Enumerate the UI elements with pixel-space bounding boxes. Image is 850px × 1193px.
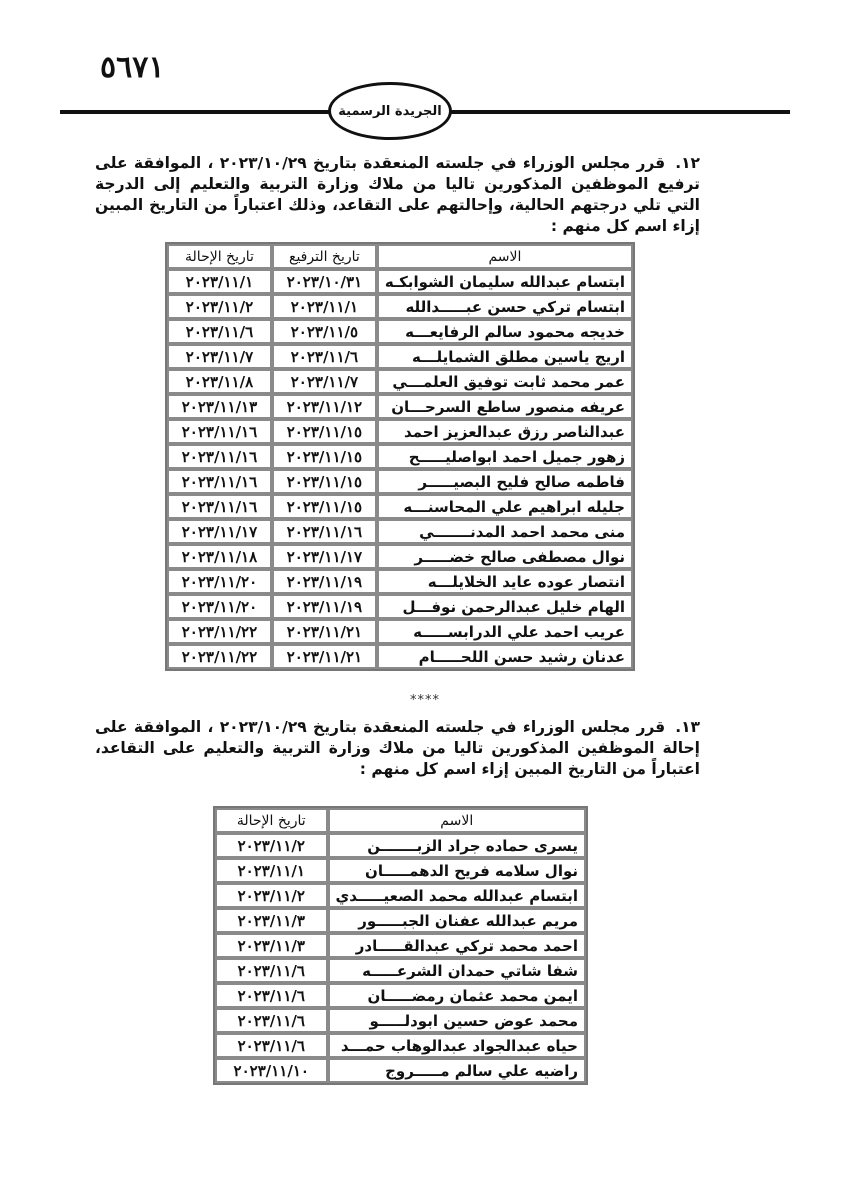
cell-retirement-date: ٢٠٢٣/١١/٦	[215, 983, 328, 1008]
cell-retirement-date: ٢٠٢٣/١١/٢٠	[167, 594, 272, 619]
cell-retirement-date: ٢٠٢٣/١١/٢٠	[167, 569, 272, 594]
cell-retirement-date: ٢٠٢٣/١١/٦	[215, 958, 328, 983]
cell-name: نوال سلامه فريح الدهمـــــان	[328, 858, 587, 883]
cell-retirement-date: ٢٠٢٣/١١/١	[215, 858, 328, 883]
table-row: شفا شاتي حمدان الشرعـــــه٢٠٢٣/١١/٦	[215, 958, 586, 983]
table-row: عدنان رشيد حسن اللحـــــام٢٠٢٣/١١/٢١٢٠٢٣…	[167, 644, 633, 669]
page-number: ٥٦٧١	[100, 50, 164, 85]
cell-name: منى محمد احمد المدنـــــــي	[377, 519, 633, 544]
table-row: خديجه محمود سالم الرفايعـــه٢٠٢٣/١١/٥٢٠٢…	[167, 319, 633, 344]
table-row: زهور جميل احمد ابواصليـــــح٢٠٢٣/١١/١٥٢٠…	[167, 444, 633, 469]
decision-12-number: ١٢.	[675, 154, 700, 172]
cell-name: ابتسام تركي حسن عبـــــدالله	[377, 294, 633, 319]
cell-retirement-date: ٢٠٢٣/١١/٧	[167, 344, 272, 369]
table-row: الهام خليل عبدالرحمن نوفـــل٢٠٢٣/١١/١٩٢٠…	[167, 594, 633, 619]
cell-retirement-date: ٢٠٢٣/١١/١٦	[167, 419, 272, 444]
cell-promotion-date: ٢٠٢٣/١١/٢١	[272, 619, 377, 644]
cell-name: محمد عوض حسين ابودلـــــو	[328, 1008, 587, 1033]
decision-12-table: الاسم تاريخ الترفيع تاريخ الإحالة ابتسام…	[165, 242, 635, 671]
column-header-retirement-date: تاريخ الإحالة	[167, 244, 272, 269]
cell-promotion-date: ٢٠٢٣/١١/١٩	[272, 594, 377, 619]
cell-retirement-date: ٢٠٢٣/١١/١٨	[167, 544, 272, 569]
cell-name: راضيه علي سالم مـــــروج	[328, 1058, 587, 1083]
cell-name: يسرى حماده جراد الزبـــــــن	[328, 833, 587, 858]
cell-name: حياه عبدالجواد عبدالوهاب حمـــد	[328, 1033, 587, 1058]
cell-retirement-date: ٢٠٢٣/١١/٣	[215, 908, 328, 933]
decision-12-text: قرر مجلس الوزراء في جلسته المنعقدة بتاري…	[95, 154, 700, 235]
cell-promotion-date: ٢٠٢٣/١١/١٩	[272, 569, 377, 594]
publication-title: الجريدة الرسمية	[338, 104, 442, 119]
cell-promotion-date: ٢٠٢٣/١١/١٥	[272, 419, 377, 444]
cell-retirement-date: ٢٠٢٣/١١/٢٢	[167, 644, 272, 669]
cell-promotion-date: ٢٠٢٣/١١/١٢	[272, 394, 377, 419]
cell-name: شفا شاتي حمدان الشرعـــــه	[328, 958, 587, 983]
cell-name: عريب احمد علي الدرابســـــه	[377, 619, 633, 644]
cell-name: فاطمه صالح فليح البصيـــــر	[377, 469, 633, 494]
table-row: عريفه منصور ساطع السرحـــان٢٠٢٣/١١/١٢٢٠٢…	[167, 394, 633, 419]
table-row: اريج ياسين مطلق الشمايلـــه٢٠٢٣/١١/٦٢٠٢٣…	[167, 344, 633, 369]
table-row: عمر محمد ثابت توفيق العلمـــي٢٠٢٣/١١/٧٢٠…	[167, 369, 633, 394]
table-row: راضيه علي سالم مـــــروج٢٠٢٣/١١/١٠	[215, 1058, 586, 1083]
cell-retirement-date: ٢٠٢٣/١١/١٣	[167, 394, 272, 419]
cell-promotion-date: ٢٠٢٣/١١/١٧	[272, 544, 377, 569]
cell-promotion-date: ٢٠٢٣/١٠/٣١	[272, 269, 377, 294]
publication-title-oval: الجريدة الرسمية	[328, 82, 452, 140]
column-header-name: الاسم	[377, 244, 633, 269]
table-row: جليله ابراهيم علي المحاسنـــه٢٠٢٣/١١/١٥٢…	[167, 494, 633, 519]
cell-name: نوال مصطفى صالح خضـــــر	[377, 544, 633, 569]
table-row: ابتسام تركي حسن عبـــــدالله٢٠٢٣/١١/١٢٠٢…	[167, 294, 633, 319]
cell-promotion-date: ٢٠٢٣/١١/١	[272, 294, 377, 319]
table-row: عريب احمد علي الدرابســـــه٢٠٢٣/١١/٢١٢٠٢…	[167, 619, 633, 644]
table-row: محمد عوض حسين ابودلـــــو٢٠٢٣/١١/٦	[215, 1008, 586, 1033]
table-row: ابتسام عبدالله سليمان الشوابكـه٢٠٢٣/١٠/٣…	[167, 269, 633, 294]
cell-promotion-date: ٢٠٢٣/١١/٢١	[272, 644, 377, 669]
table-row: انتصار عوده عايد الخلايلـــه٢٠٢٣/١١/١٩٢٠…	[167, 569, 633, 594]
cell-retirement-date: ٢٠٢٣/١١/١	[167, 269, 272, 294]
cell-promotion-date: ٢٠٢٣/١١/٥	[272, 319, 377, 344]
table-row: احمد محمد تركي عبدالقـــــادر٢٠٢٣/١١/٣	[215, 933, 586, 958]
cell-name: عريفه منصور ساطع السرحـــان	[377, 394, 633, 419]
cell-promotion-date: ٢٠٢٣/١١/١٦	[272, 519, 377, 544]
cell-promotion-date: ٢٠٢٣/١١/٦	[272, 344, 377, 369]
decision-13-table: الاسم تاريخ الإحالة يسرى حماده جراد الزب…	[213, 806, 588, 1085]
table-row: حياه عبدالجواد عبدالوهاب حمـــد٢٠٢٣/١١/٦	[215, 1033, 586, 1058]
cell-retirement-date: ٢٠٢٣/١١/١٧	[167, 519, 272, 544]
table-row: ايمن محمد عثمان رمضـــــان٢٠٢٣/١١/٦	[215, 983, 586, 1008]
table-header-row: الاسم تاريخ الترفيع تاريخ الإحالة	[167, 244, 633, 269]
cell-retirement-date: ٢٠٢٣/١١/١٦	[167, 444, 272, 469]
cell-retirement-date: ٢٠٢٣/١١/١٦	[167, 469, 272, 494]
cell-retirement-date: ٢٠٢٣/١١/١٦	[167, 494, 272, 519]
cell-name: مريم عبدالله عفنان الجبـــــور	[328, 908, 587, 933]
cell-retirement-date: ٢٠٢٣/١١/٨	[167, 369, 272, 394]
cell-retirement-date: ٢٠٢٣/١١/٦	[215, 1033, 328, 1058]
section-separator: ****	[0, 693, 850, 708]
cell-retirement-date: ٢٠٢٣/١١/٢	[167, 294, 272, 319]
table-row: ابتسام عبدالله محمد الصعيـــــدي٢٠٢٣/١١/…	[215, 883, 586, 908]
table-header-row: الاسم تاريخ الإحالة	[215, 808, 586, 833]
cell-promotion-date: ٢٠٢٣/١١/١٥	[272, 494, 377, 519]
cell-retirement-date: ٢٠٢٣/١١/٦	[215, 1008, 328, 1033]
table-row: فاطمه صالح فليح البصيـــــر٢٠٢٣/١١/١٥٢٠٢…	[167, 469, 633, 494]
cell-name: جليله ابراهيم علي المحاسنـــه	[377, 494, 633, 519]
cell-retirement-date: ٢٠٢٣/١١/٣	[215, 933, 328, 958]
cell-name: انتصار عوده عايد الخلايلـــه	[377, 569, 633, 594]
decision-13-paragraph: ١٣.قرر مجلس الوزراء في جلسته المنعقدة بت…	[95, 717, 700, 780]
table-row: نوال مصطفى صالح خضـــــر٢٠٢٣/١١/١٧٢٠٢٣/١…	[167, 544, 633, 569]
column-header-promotion-date: تاريخ الترفيع	[272, 244, 377, 269]
cell-name: عمر محمد ثابت توفيق العلمـــي	[377, 369, 633, 394]
cell-name: الهام خليل عبدالرحمن نوفـــل	[377, 594, 633, 619]
cell-retirement-date: ٢٠٢٣/١١/٢٢	[167, 619, 272, 644]
column-header-name: الاسم	[328, 808, 587, 833]
cell-name: عبدالناصر رزق عبدالعزيز احمد	[377, 419, 633, 444]
cell-name: احمد محمد تركي عبدالقـــــادر	[328, 933, 587, 958]
cell-name: خديجه محمود سالم الرفايعـــه	[377, 319, 633, 344]
cell-retirement-date: ٢٠٢٣/١١/١٠	[215, 1058, 328, 1083]
cell-name: ابتسام عبدالله محمد الصعيـــــدي	[328, 883, 587, 908]
cell-promotion-date: ٢٠٢٣/١١/١٥	[272, 469, 377, 494]
decision-13-text: قرر مجلس الوزراء في جلسته المنعقدة بتاري…	[95, 718, 700, 778]
cell-promotion-date: ٢٠٢٣/١١/٧	[272, 369, 377, 394]
table-row: يسرى حماده جراد الزبـــــــن٢٠٢٣/١١/٢	[215, 833, 586, 858]
cell-name: عدنان رشيد حسن اللحـــــام	[377, 644, 633, 669]
cell-retirement-date: ٢٠٢٣/١١/٢	[215, 833, 328, 858]
cell-name: زهور جميل احمد ابواصليـــــح	[377, 444, 633, 469]
table-row: منى محمد احمد المدنـــــــي٢٠٢٣/١١/١٦٢٠٢…	[167, 519, 633, 544]
cell-name: ايمن محمد عثمان رمضـــــان	[328, 983, 587, 1008]
cell-name: اريج ياسين مطلق الشمايلـــه	[377, 344, 633, 369]
decision-13-number: ١٣.	[675, 718, 700, 736]
table-row: نوال سلامه فريح الدهمـــــان٢٠٢٣/١١/١	[215, 858, 586, 883]
table-row: مريم عبدالله عفنان الجبـــــور٢٠٢٣/١١/٣	[215, 908, 586, 933]
cell-promotion-date: ٢٠٢٣/١١/١٥	[272, 444, 377, 469]
table-row: عبدالناصر رزق عبدالعزيز احمد٢٠٢٣/١١/١٥٢٠…	[167, 419, 633, 444]
cell-retirement-date: ٢٠٢٣/١١/٦	[167, 319, 272, 344]
cell-name: ابتسام عبدالله سليمان الشوابكـه	[377, 269, 633, 294]
column-header-retirement-date: تاريخ الإحالة	[215, 808, 328, 833]
cell-retirement-date: ٢٠٢٣/١١/٢	[215, 883, 328, 908]
decision-12-paragraph: ١٢.قرر مجلس الوزراء في جلسته المنعقدة بت…	[95, 153, 700, 237]
